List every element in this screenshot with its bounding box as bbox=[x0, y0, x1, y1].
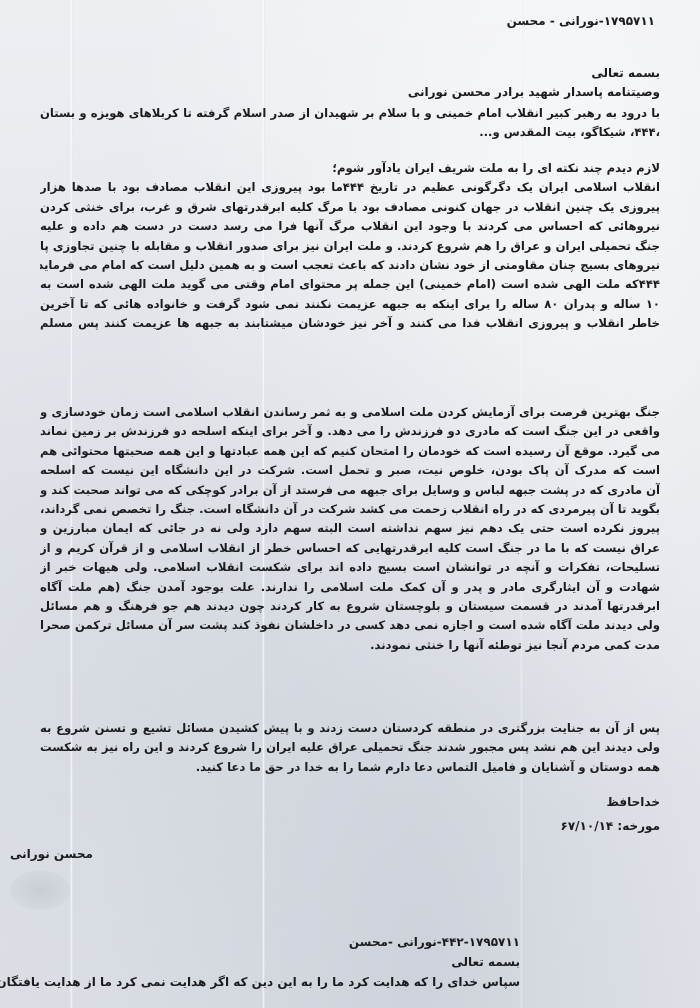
war-paragraph: جنگ بهترین فرصت برای آزمایش کردن ملت اسل… bbox=[40, 403, 660, 655]
text-line: همه دوستان و آشنایان و فامیل التماس دعا … bbox=[40, 758, 660, 777]
text-line: پیروزی یک چنین انقلاب در جهان کنونی مصاد… bbox=[40, 198, 660, 217]
text-line: ولی دیدند ملت آگاه شده است و اجازه نمی د… bbox=[40, 616, 660, 635]
text-line: ۱۰ ساله و پدران ۸۰ ساله را برای اینکه به… bbox=[40, 295, 660, 314]
text-line: است که مدرک آن پاک بودن، خلوص نیت، صبر و… bbox=[40, 461, 660, 480]
scanned-document-page: ۱۷۹۵۷۱۱-نورانی - محسن بسمه تعالی وصیتنام… bbox=[0, 0, 700, 1008]
page2-opening-line: سپاس خدای را که هدایت کرد ما را به این د… bbox=[0, 975, 520, 989]
text-line: جنگ تحمیلی ایران و عراق را هم شروع کردند… bbox=[40, 237, 660, 256]
text-line: ،۴۴۴، شیکاگو، بیت المقدس و... bbox=[40, 123, 660, 142]
paper-smudge bbox=[10, 870, 70, 910]
text-line: مدت کمی مردم آنجا نیز توطئه آنها را خنثی… bbox=[40, 636, 660, 655]
text-line: ولی دیدند این هم نشد پس مجبور شدند جنگ ت… bbox=[40, 738, 660, 757]
text-line: جنگ بهترین فرصت برای آزمایش کردن ملت اسل… bbox=[40, 403, 660, 422]
text-line: شهادت و آن ایثارگری مادر و پدر و آن کمک … bbox=[40, 578, 660, 597]
text-line: لازم دیدم چند نکته ای را به ملت شریف ایر… bbox=[40, 159, 660, 178]
page2-reference-number: ۴۴۲-۱۷۹۵۷۱۱-نورانی -محسن bbox=[349, 935, 520, 949]
intro-paragraph: لازم دیدم چند نکته ای را به ملت شریف ایر… bbox=[40, 159, 660, 334]
text-line: می گیرد. موقع آن رسیده است که خودمان را … bbox=[40, 442, 660, 461]
text-line: آن مادری که در پشت جبهه لباس و وسایل برا… bbox=[40, 481, 660, 500]
closing-paragraph: پس از آن به جنایت بزرگتری در منطقه کردست… bbox=[40, 719, 660, 777]
basmala-heading: بسمه تعالی bbox=[591, 66, 660, 80]
text-line: با درود به رهبر کبیر انقلاب امام خمینی و… bbox=[40, 104, 660, 123]
greeting-paragraph: با درود به رهبر کبیر انقلاب امام خمینی و… bbox=[40, 104, 660, 143]
text-line: عراق نیست که با ما در جنگ است کلیه ابرقد… bbox=[40, 539, 660, 558]
text-line: خاطر انقلاب و پیروزی انقلاب فدا می کنند … bbox=[40, 314, 660, 333]
document-reference-number: ۱۷۹۵۷۱۱-نورانی - محسن bbox=[507, 14, 655, 28]
text-line: پس از آن به جنایت بزرگتری در منطقه کردست… bbox=[40, 719, 660, 738]
text-line: نیروهای بسیج چنان مقاومتی از خود نشان دا… bbox=[40, 256, 660, 275]
farewell-text: خداحافظ bbox=[606, 795, 660, 809]
document-title: وصیتنامه پاسدار شهید برادر محسن نورانی bbox=[408, 85, 660, 99]
text-line: ۴۴۴که ملت الهی شده است (امام خمینی) این … bbox=[40, 275, 660, 294]
author-signature: محسن نورانی bbox=[10, 847, 93, 861]
text-line: انقلاب اسلامی ایران یک دگرگونی عظیم در ت… bbox=[40, 178, 660, 197]
text-line: ابرقدرتها آمدند در قسمت سیستان و بلوچستا… bbox=[40, 597, 660, 616]
document-date: مورخه: ۶۷/۱۰/۱۴ bbox=[561, 819, 660, 833]
text-line: نیروهائی که احساس می کردند با وجود این ا… bbox=[40, 217, 660, 236]
text-line: تسلیحات، تفکرات و آنچه در توانشان است بس… bbox=[40, 558, 660, 577]
page2-basmala-heading: بسمه تعالی bbox=[451, 955, 520, 969]
text-line: پیروز نکرده است حتی یک دهم نیز سهم نداشت… bbox=[40, 519, 660, 538]
text-line: بگوید تا آن پیرمردی که در راه انقلاب زحم… bbox=[40, 500, 660, 519]
text-line: واقعی در این جنگ است که مادری دو فرزندش … bbox=[40, 422, 660, 441]
